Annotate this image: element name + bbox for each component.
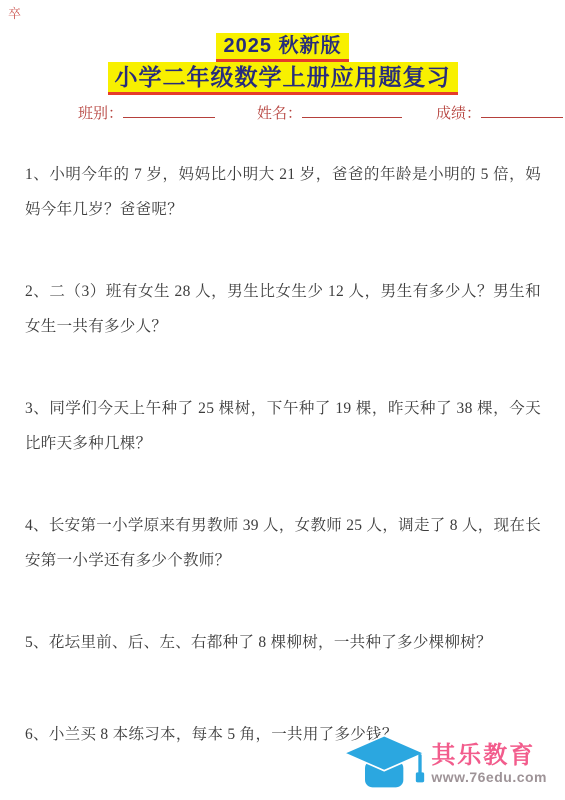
name-label: 姓名： [257, 106, 302, 122]
question-text: 小明今年的 7 岁，妈妈比小明大 21 岁，爸爸的年龄是小明的 5 倍，妈妈今年… [25, 166, 541, 218]
brand-name: 其乐教育 [431, 743, 535, 769]
student-info-row: 班别：姓名：成绩： [0, 102, 565, 123]
question-text: 花坛里前、后、左、右都种了 8 棵柳树，一共种了多少棵柳树？ [49, 634, 492, 651]
brand-text: 其乐教育 www.76edu.com [431, 743, 547, 786]
brand-url: www.76edu.com [431, 769, 547, 786]
question-4: 4、长安第一小学原来有男教师 39 人，女教师 25 人，调走了 8 人，现在长… [25, 508, 541, 578]
question-number: 6、 [25, 726, 49, 743]
class-label: 班别： [78, 106, 123, 122]
question-5: 5、花坛里前、后、左、右都种了 8 棵柳树，一共种了多少棵柳树？ [25, 625, 541, 660]
score-field: 成绩： [436, 106, 563, 122]
question-number: 5、 [25, 634, 49, 651]
question-text: 长安第一小学原来有男教师 39 人，女教师 25 人，调走了 8 人，现在长安第… [25, 517, 541, 569]
question-2: 2、二（3）班有女生 28 人，男生比女生少 12 人，男生有多少人？男生和女生… [25, 274, 541, 344]
question-text: 同学们今天上午种了 25 棵树，下午种了 19 棵，昨天种了 38 棵，今天比昨… [25, 400, 541, 452]
question-number: 1、 [25, 166, 49, 183]
question-number: 2、 [25, 283, 49, 300]
name-blank-line [302, 104, 402, 118]
brand-logo: 其乐教育 www.76edu.com [343, 734, 547, 794]
score-blank-line [481, 104, 563, 118]
title-line-1: 2025 秋新版 [216, 33, 348, 62]
question-3: 3、同学们今天上午种了 25 棵树，下午种了 19 棵，昨天种了 38 棵，今天… [25, 391, 541, 461]
question-number: 3、 [25, 400, 49, 417]
class-blank-line [123, 104, 215, 118]
question-text: 二（3）班有女生 28 人，男生比女生少 12 人，男生有多少人？男生和女生一共… [25, 283, 541, 335]
worksheet-header: 2025 秋新版 小学二年级数学上册应用题复习 [0, 0, 565, 95]
question-number: 4、 [25, 517, 49, 534]
graduation-cap-icon [343, 734, 427, 794]
corner-watermark: 卒 [8, 3, 21, 22]
name-field: 姓名： [257, 106, 436, 122]
question-list: 1、小明今年的 7 岁，妈妈比小明大 21 岁，爸爸的年龄是小明的 5 倍，妈妈… [0, 157, 565, 752]
question-1: 1、小明今年的 7 岁，妈妈比小明大 21 岁，爸爸的年龄是小明的 5 倍，妈妈… [25, 157, 541, 227]
title-line-2: 小学二年级数学上册应用题复习 [108, 62, 458, 95]
score-label: 成绩： [436, 106, 481, 122]
class-field: 班别： [78, 106, 257, 122]
